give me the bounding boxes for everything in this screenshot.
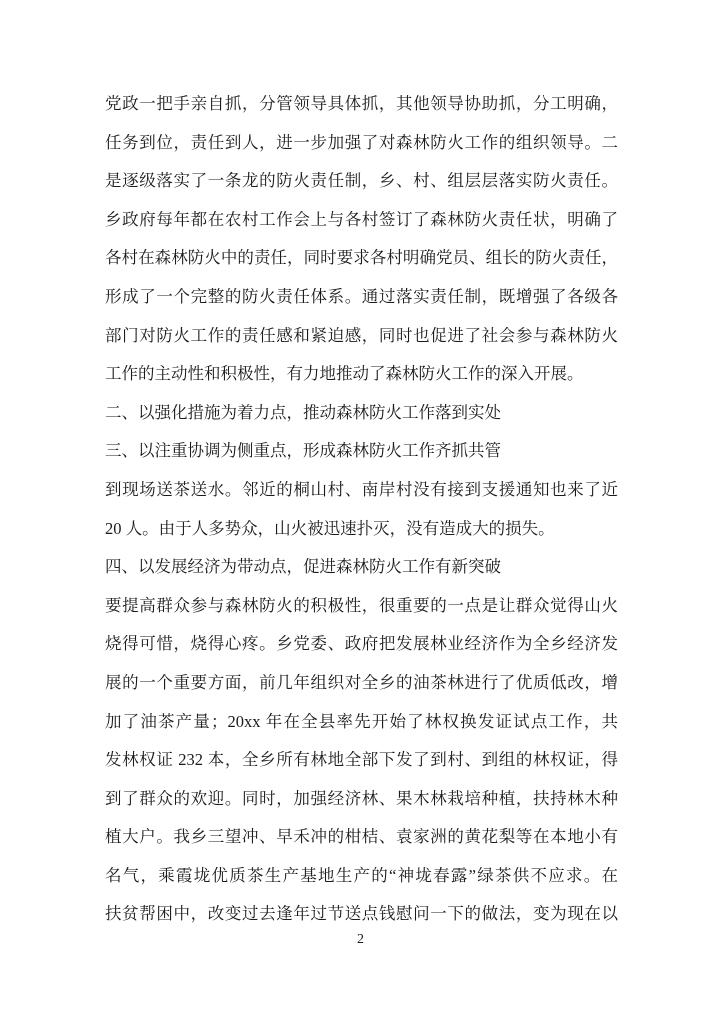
text-line: 二、以强化措施为着力点，推动森林防火工作落到实处 [105,394,618,433]
text-line: 部门对防火工作的责任感和紧迫感，同时也促进了社会参与森林防火 [105,317,618,356]
document-page: 党政一把手亲自抓，分管领导具体抓，其他领导协助抓，分工明确，任务到位，责任到人，… [0,0,721,1020]
text-line: 烧得可惜，烧得心疼。乡党委、政府把发展林业经济作为全乡经济发 [105,625,618,664]
text-line: 任务到位，责任到人，进一步加强了对森林防火工作的组织领导。二 [105,124,618,163]
text-line: 各村在森林防火中的责任，同时要求各村明确党员、组长的防火责任， [105,239,618,278]
text-line: 发林权证 232 本，全乡所有林地全部下发了到村、到组的林权证，得 [105,741,618,780]
text-line: 加了油茶产量；20xx 年在全县率先开始了林权换发证试点工作，共 [105,703,618,742]
text-line: 四、以发展经济为带动点，促进森林防火工作有新突破 [105,548,618,587]
text-line: 是逐级落实了一条龙的防火责任制，乡、村、组层层落实防火责任。 [105,162,618,201]
text-line: 到现场送茶送水。邻近的桐山村、南岸村没有接到支援通知也来了近 [105,471,618,510]
text-line: 三、以注重协调为侧重点，形成森林防火工作齐抓共管 [105,432,618,471]
text-line: 要提高群众参与森林防火的积极性，很重要的一点是让群众觉得山火 [105,587,618,626]
document-body: 党政一把手亲自抓，分管领导具体抓，其他领导协助抓，分工明确，任务到位，责任到人，… [105,85,618,934]
text-line: 形成了一个完整的防火责任体系。通过落实责任制，既增强了各级各 [105,278,618,317]
text-line: 20 人。由于人多势众，山火被迅速扑灭，没有造成大的损失。 [105,510,618,549]
text-line: 乡政府每年都在农村工作会上与各村签订了森林防火责任状，明确了 [105,201,618,240]
text-line: 扶贫帮困中，改变过去逢年过节送点钱慰问一下的做法，变为现在以 [105,895,618,934]
text-line: 名气，乘霞垅优质茶生产基地生产的“神垅春露”绿茶供不应求。在 [105,857,618,896]
text-line: 到了群众的欢迎。同时，加强经济林、果木林栽培种植，扶持林木种 [105,780,618,819]
text-line: 展的一个重要方面，前几年组织对全乡的油茶林进行了优质低改，增 [105,664,618,703]
text-line: 党政一把手亲自抓，分管领导具体抓，其他领导协助抓，分工明确， [105,85,618,124]
text-line: 工作的主动性和积极性，有力地推动了森林防火工作的深入开展。 [105,355,618,394]
text-line: 植大户。我乡三望冲、早禾冲的柑桔、袁家洲的黄花梨等在本地小有 [105,818,618,857]
page-number: 2 [0,931,721,949]
